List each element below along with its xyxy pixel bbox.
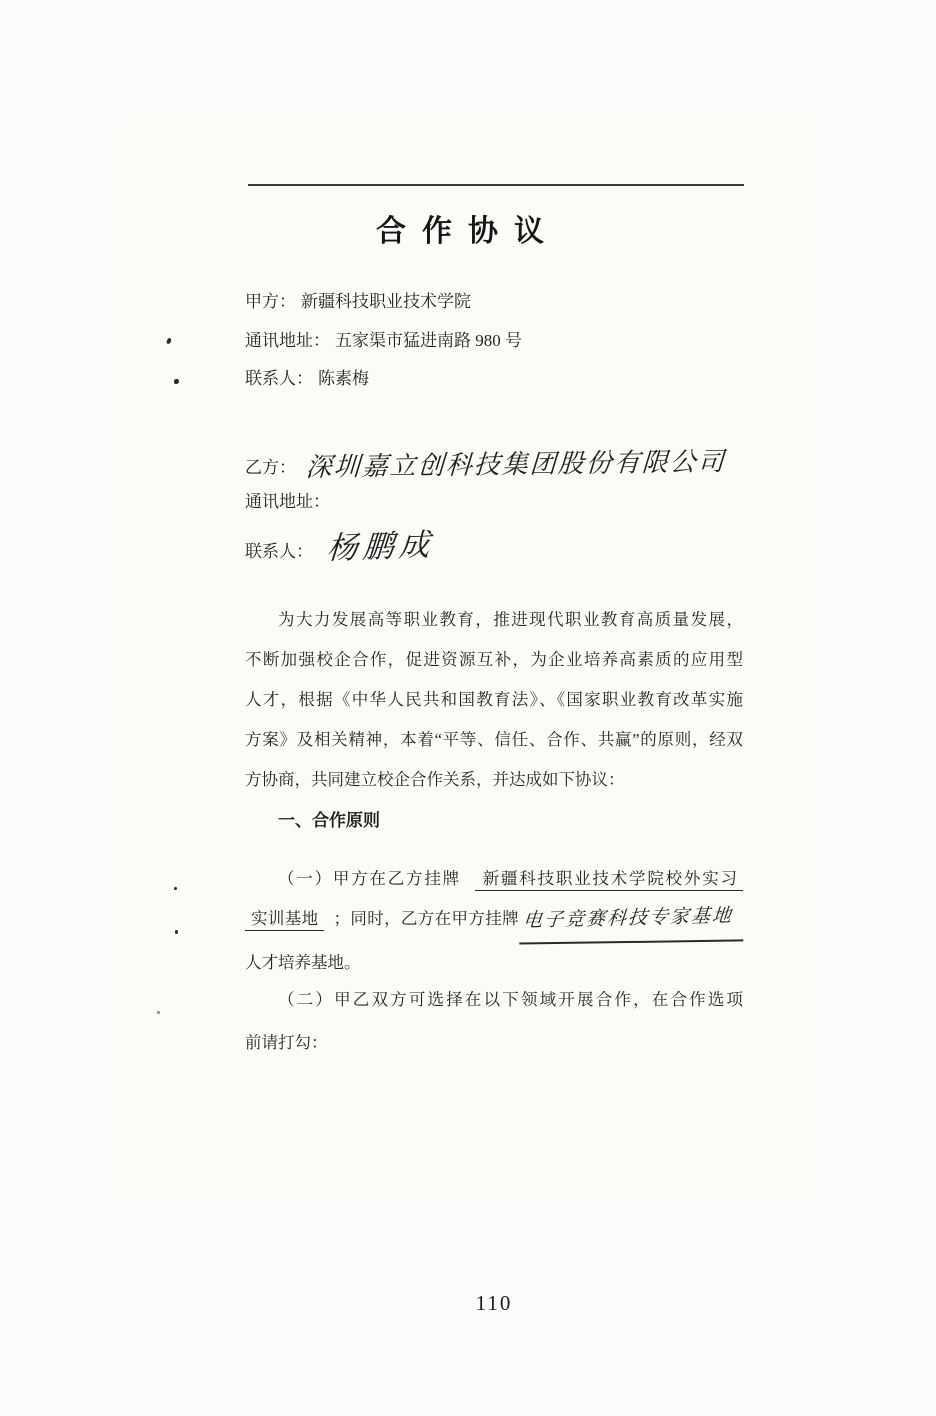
- clause-two: （二）甲乙双方可选择在以下领域开展合作，在合作选项 前请打勾：: [245, 978, 743, 1064]
- party-a-contact-label: 联系人：: [245, 369, 313, 388]
- party-a-address-label: 通讯地址：: [245, 331, 330, 350]
- section-one-heading: 一、合作原则: [245, 801, 743, 841]
- preamble-line: 人才，根据《中华人民共和国教育法》、《国家职业教育改革实施: [245, 680, 743, 720]
- party-a-address-row: 通讯地址：五家渠市猛进南路 980 号: [245, 322, 743, 361]
- party-b-address-label: 通讯地址：: [245, 492, 330, 511]
- preamble-line: 方案》及相关精神，本着“平等、信任、合作、共赢”的原则，经双: [245, 720, 743, 760]
- party-a-block: 甲方：新疆科技职业技术学院 通讯地址：五家渠市猛进南路 980 号 联系人：陈素…: [245, 283, 743, 399]
- party-b-contact-row: 联系人：杨鹏成: [245, 521, 435, 566]
- clause-one-line2: 实训基地；同时，乙方在甲方挂牌电子竞赛科技专家基地: [245, 899, 743, 943]
- party-a-contact-row: 联系人：陈素梅: [245, 360, 743, 399]
- party-a-name-row: 甲方：新疆科技职业技术学院: [245, 283, 743, 322]
- clause-two-line1: （二）甲乙双方可选择在以下领域开展合作，在合作选项: [245, 978, 743, 1021]
- preamble-line: 不断加强校企合作，促进资源互补，为企业培养高素质的应用型: [245, 640, 743, 680]
- document-title: 合作协议: [0, 206, 936, 250]
- clause-one-lead: （一）甲方在乙方挂牌: [278, 869, 461, 888]
- party-a-address: 五家渠市猛进南路 980 号: [335, 331, 522, 350]
- clause-two-line2: 前请打勾：: [245, 1021, 743, 1064]
- party-a-contact-name: 陈素梅: [318, 369, 369, 388]
- party-a-name: 新疆科技职业技术学院: [301, 292, 471, 311]
- blank-company-underline: 电子竞赛科技专家基地: [519, 897, 744, 944]
- title-divider-line: [248, 184, 744, 186]
- blank-school-name-part2: 实训基地: [245, 909, 324, 931]
- preamble-line: 为大力发展高等职业教育，推进现代职业教育高质量发展，: [245, 600, 743, 640]
- party-b-contact-label: 联系人：: [245, 542, 313, 561]
- party-a-role-label: 甲方：: [245, 292, 296, 311]
- party-b-contact-handwriting: 杨鹏成: [325, 519, 436, 568]
- blank-company-handwriting: 电子竞赛科技专家基地: [521, 896, 734, 941]
- clause-one-line1: （一）甲方在乙方挂牌新疆科技职业技术学院校外实习: [245, 859, 743, 899]
- party-b-role-label: 乙方：: [245, 458, 296, 477]
- page-number: 110: [245, 1291, 743, 1316]
- blank-school-name-part1: 新疆科技职业技术学院校外实习: [475, 869, 743, 891]
- preamble-line: 方协商，共同建立校企合作关系，并达成如下协议：: [245, 760, 743, 800]
- clause-one-middle: ；同时，乙方在甲方挂牌: [333, 909, 519, 928]
- party-b-name-handwriting: 深圳嘉立创科技集团股份有限公司: [305, 441, 727, 484]
- clause-one-line3: 人才培养基地。: [245, 943, 743, 983]
- clause-one: （一）甲方在乙方挂牌新疆科技职业技术学院校外实习 实训基地；同时，乙方在甲方挂牌…: [245, 859, 743, 983]
- preamble-paragraph: 为大力发展高等职业教育，推进现代职业教育高质量发展， 不断加强校企合作，促进资源…: [245, 600, 743, 800]
- party-b-name-row: 乙方：深圳嘉立创科技集团股份有限公司: [245, 444, 726, 481]
- party-b-address-row: 通讯地址：: [245, 487, 335, 512]
- agreement-scan-page: 合作协议 甲方：新疆科技职业技术学院 通讯地址：五家渠市猛进南路 980 号 联…: [0, 0, 936, 1416]
